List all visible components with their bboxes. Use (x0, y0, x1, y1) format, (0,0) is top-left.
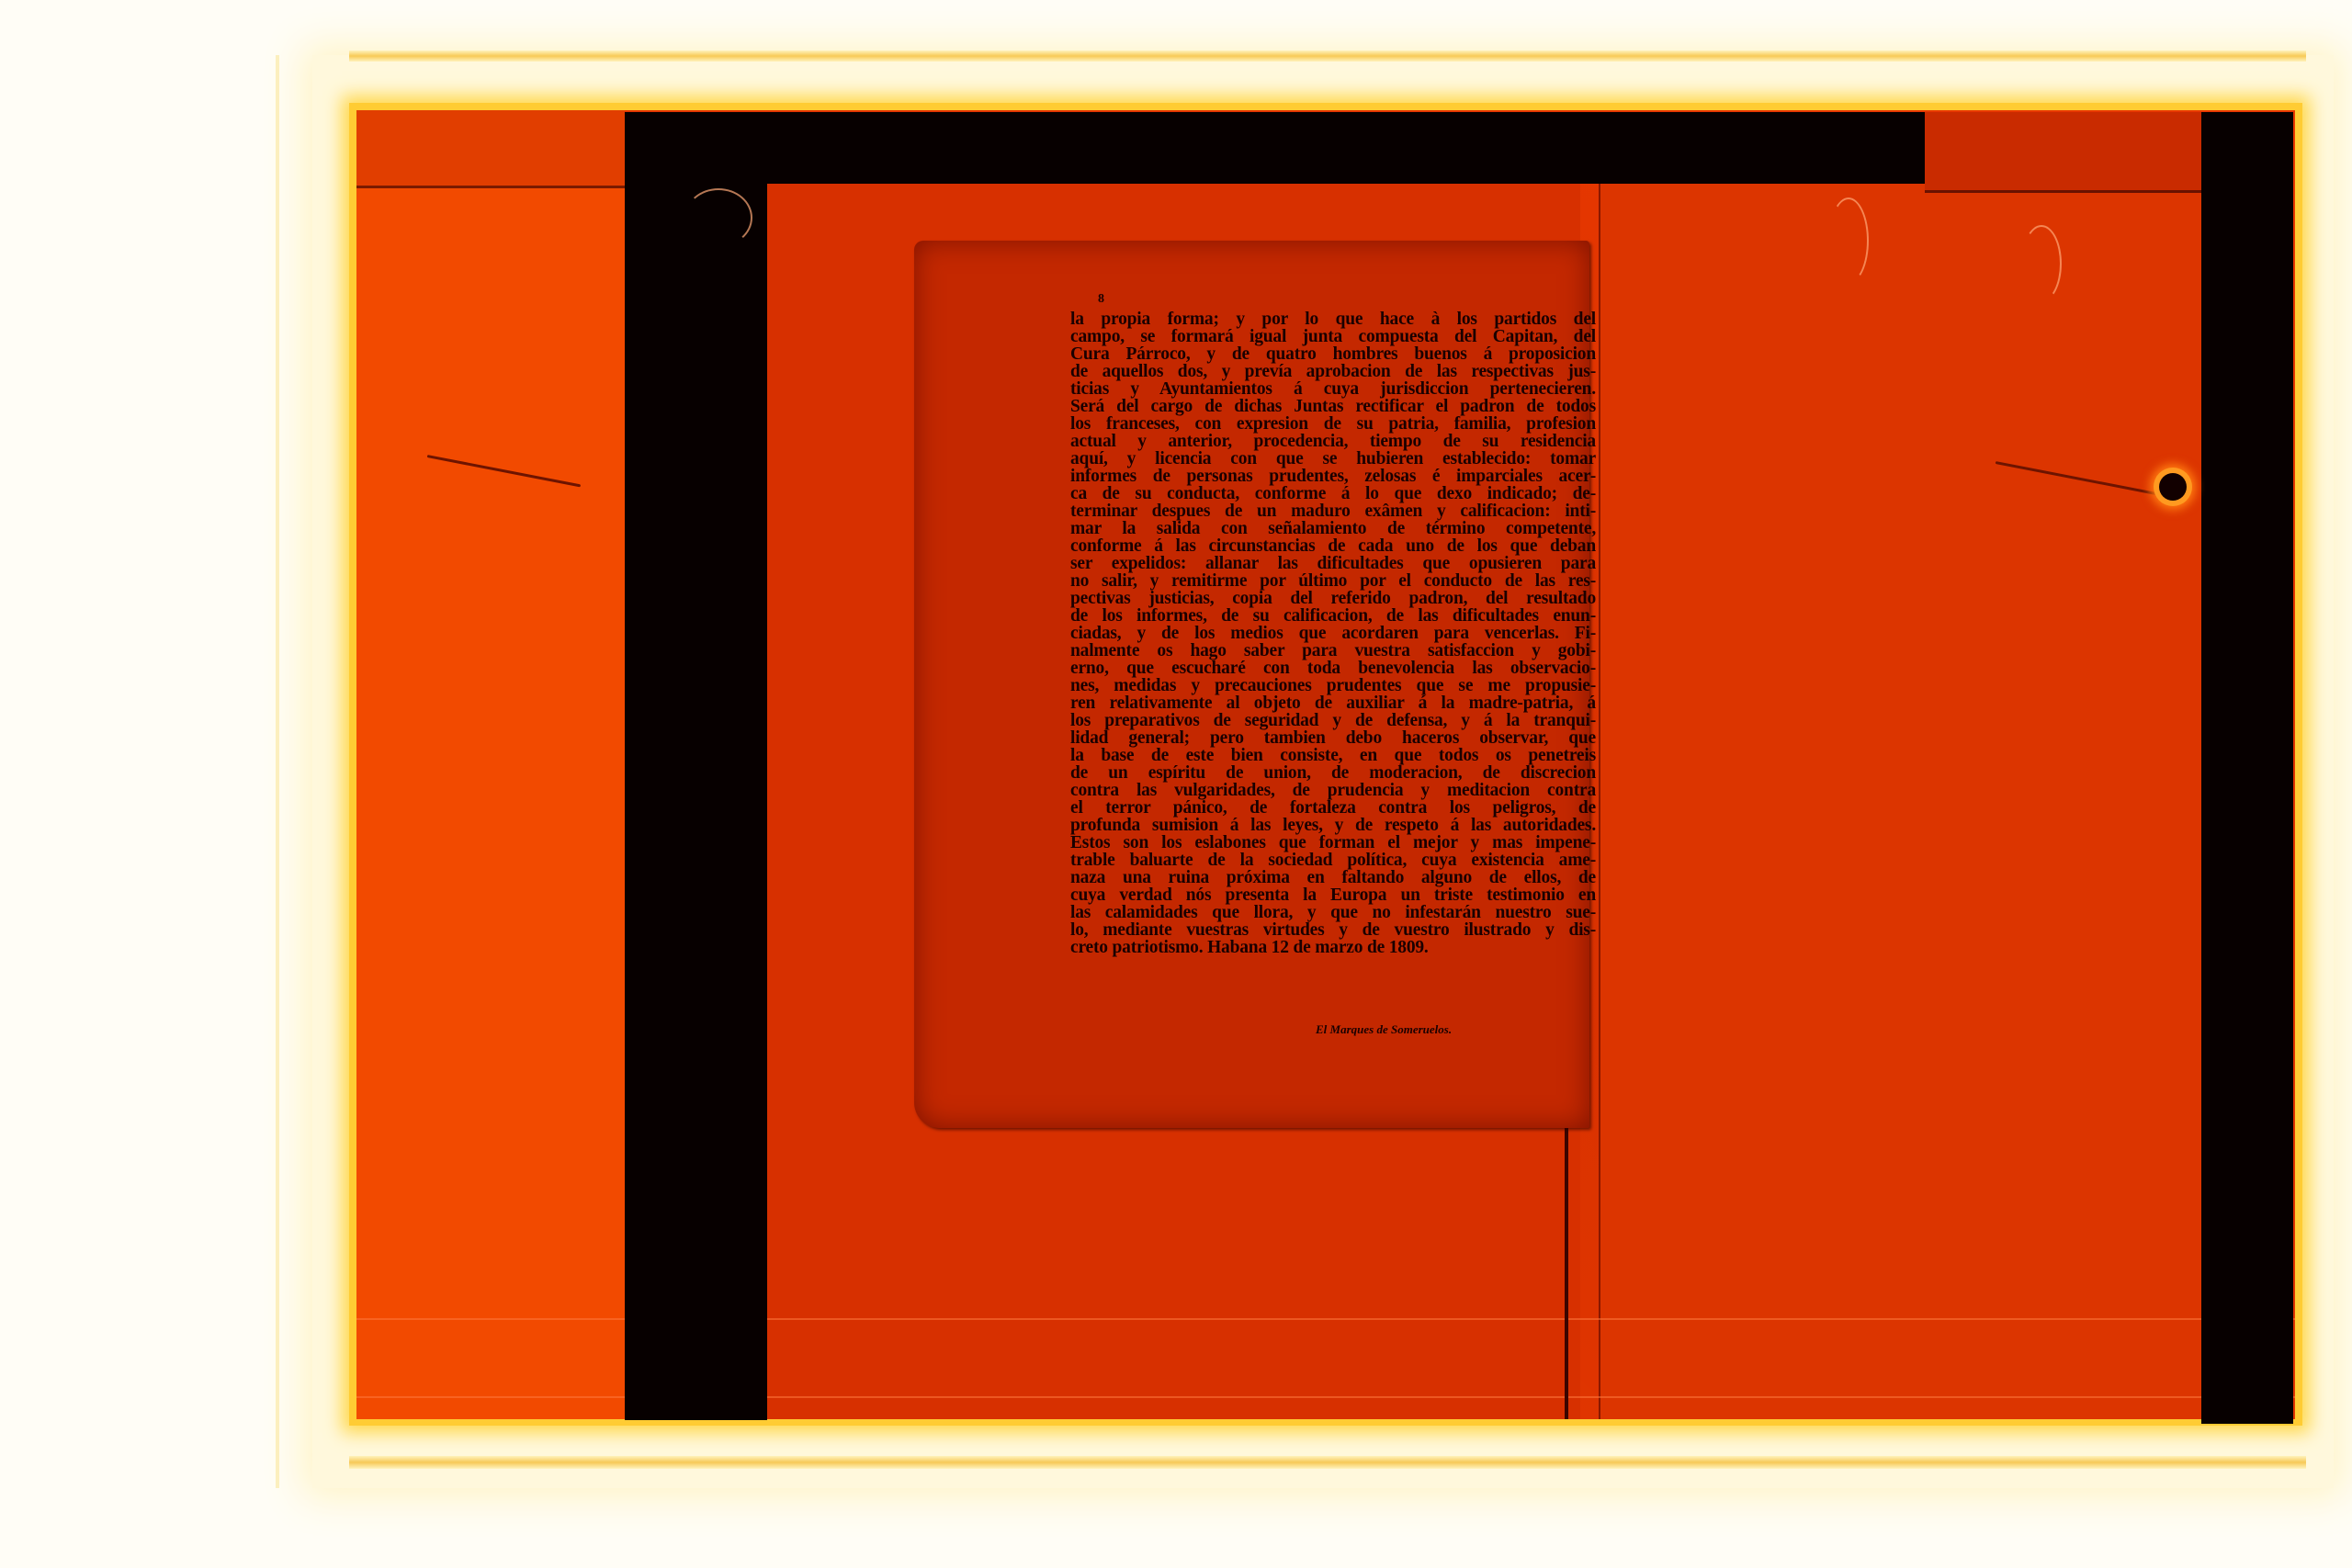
text-line: lo, mediante vuestras virtudes y de vues… (1070, 921, 1596, 939)
text-line: cuya verdad nós presenta la Europa un tr… (1070, 886, 1596, 904)
document-body-text: la propia forma; y por lo que hace à los… (1070, 310, 1596, 956)
text-line: ser expelidos: allanar las dificultades … (1070, 555, 1596, 572)
text-line: ticias y Ayuntamientos á cuya jurisdicci… (1070, 380, 1596, 398)
text-line: Estos son los eslabones que forman el me… (1070, 834, 1596, 852)
text-line: la base de este bien consiste, en que to… (1070, 747, 1596, 764)
text-line: ren relativamente al objeto de auxiliar … (1070, 694, 1596, 712)
film-left-edge (276, 55, 279, 1488)
text-line: actual y anterior, procedencia, tiempo d… (1070, 433, 1596, 450)
dust-fiber (2021, 225, 2062, 302)
text-line: erno, que escucharé con toda benevolenci… (1070, 660, 1596, 677)
text-line: no salir, y remitirme por último por el … (1070, 572, 1596, 590)
right-top-strip (1925, 112, 2201, 193)
text-line: mar la salida con señalamiento de términ… (1070, 520, 1596, 537)
text-line: lidad general; pero tambien debo haceros… (1070, 729, 1596, 747)
page-number: 8 (1098, 292, 1104, 307)
text-line: trable baluarte de la sociedad política,… (1070, 852, 1596, 869)
text-line: Cura Párroco, y de quatro hombres buenos… (1070, 345, 1596, 363)
dust-fiber (1828, 197, 1869, 284)
text-line: ca de su conducta, conforme á lo que dex… (1070, 485, 1596, 502)
dust-fiber (684, 188, 752, 247)
text-line: nalmente os hago saber para vuestra sati… (1070, 642, 1596, 660)
text-line: campo, se formará igual junta compuesta … (1070, 328, 1596, 345)
film-bottom-edge (349, 1456, 2306, 1469)
text-line: informes de personas prudentes, zelosas … (1070, 468, 1596, 485)
left-backing-board (356, 110, 625, 1419)
text-line: terminar despues de un maduro exâmen y c… (1070, 502, 1596, 520)
top-black-mask (625, 112, 1925, 184)
left-backing-top-strip (356, 110, 625, 188)
text-line: aquí, y licencia con que se hubieren est… (1070, 450, 1596, 468)
text-line: profunda sumision á las leyes, y de resp… (1070, 817, 1596, 834)
text-line: los franceses, con expresion de su patri… (1070, 415, 1596, 433)
text-line: nes, medidas y precauciones prudentes qu… (1070, 677, 1596, 694)
text-line: de los informes, de su calificacion, de … (1070, 607, 1596, 625)
film-hole-defect (2159, 473, 2187, 501)
text-line: naza una ruina próxima en faltando algun… (1070, 869, 1596, 886)
text-line: la propia forma; y por lo que hace à los… (1070, 310, 1596, 328)
text-line: Será del cargo de dichas Juntas rectific… (1070, 398, 1596, 415)
right-backing-board (1599, 184, 2203, 1419)
right-black-mask (2201, 112, 2293, 1424)
text-line: conforme á las circunstancias de cada un… (1070, 537, 1596, 555)
text-line: los preparativos de seguridad y de defen… (1070, 712, 1596, 729)
text-line: ciadas, y de los medios que acordaren pa… (1070, 625, 1596, 642)
text-line: el terror pánico, de fortaleza contra lo… (1070, 799, 1596, 817)
text-line-closing: creto patriotismo. Habana 12 de marzo de… (1070, 939, 1596, 956)
film-top-edge (349, 51, 2306, 62)
left-black-mask (625, 112, 767, 1420)
text-line: de un espíritu de union, de moderacion, … (1070, 764, 1596, 782)
text-line: pectivas justicias, copia del referido p… (1070, 590, 1596, 607)
signature: El Marques de Someruelos. (1316, 1022, 1452, 1037)
text-line: contra las vulgaridades, de prudencia y … (1070, 782, 1596, 799)
page-divider-line (1565, 1128, 1568, 1419)
text-line: las calamidades que llora, y que no infe… (1070, 904, 1596, 921)
text-line: de aquellos dos, y prevía aprobacion de … (1070, 363, 1596, 380)
